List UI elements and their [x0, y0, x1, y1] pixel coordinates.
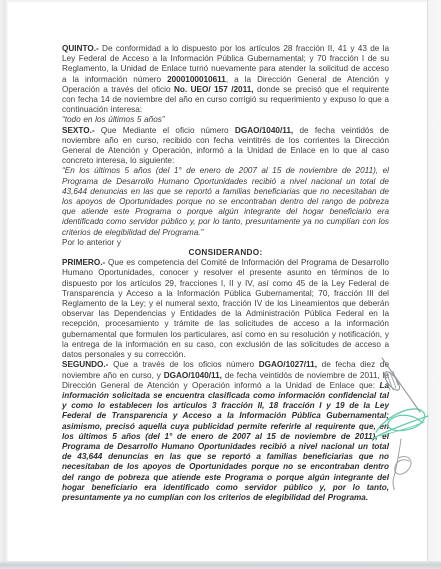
sexto-text: Que Mediante el oficio número: [95, 126, 235, 135]
quinto-label: QUINTO.-: [62, 44, 99, 53]
folio-number: 2000100010611: [167, 75, 226, 84]
quote-requirement: “todo en los últimos 5 años”: [62, 115, 389, 125]
segundo-classified-statement: La información solicitada se encuentra c…: [62, 381, 389, 502]
primero-label: PRIMERO.-: [62, 258, 105, 267]
paragraph-quinto: QUINTO.- De conformidad a lo dispuesto p…: [62, 44, 389, 115]
scanned-document-page: { "page": { "background_color": "#ffffff…: [0, 0, 441, 569]
por-lo-anterior-line: Por lo anterior y: [62, 238, 389, 248]
paragraph-sexto: SEXTO.- Que Mediante el oficio número DG…: [62, 126, 389, 167]
quote-dgao-response: “En los últimos 5 años (del 1° de enero …: [62, 166, 389, 237]
scan-edge-top: [0, 0, 441, 3]
primero-text: Que es competencia del Comité de Informa…: [62, 258, 389, 359]
document-text-column: QUINTO.- De conformidad a lo dispuesto p…: [62, 44, 389, 503]
sexto-label: SEXTO.-: [62, 126, 95, 135]
scan-edge-bottom: [0, 561, 441, 569]
considerando-heading: CONSIDERANDO:: [62, 248, 389, 258]
oficio-dgao-1040: DGAO/1040/11,: [235, 126, 293, 135]
segundo-text: Que a través de los oficios número: [108, 360, 258, 369]
gray-flourish-icon: [393, 439, 411, 490]
scan-edge-left: [0, 0, 8, 569]
segundo-label: SEGUNDO.-: [62, 360, 108, 369]
oficio-dgao-1027: DGAO/1027/11,: [259, 360, 317, 369]
paragraph-primero: PRIMERO.- Que es competencia del Comité …: [62, 258, 389, 360]
oficio-dgao-1040-2: DGAO/1040/11,: [164, 371, 222, 380]
scan-edge-right: [427, 0, 441, 569]
paragraph-segundo: SEGUNDO.- Que a través de los oficios nú…: [62, 360, 389, 503]
oficio-ueo-number: No. UEO/ 157 /2011,: [174, 85, 254, 94]
